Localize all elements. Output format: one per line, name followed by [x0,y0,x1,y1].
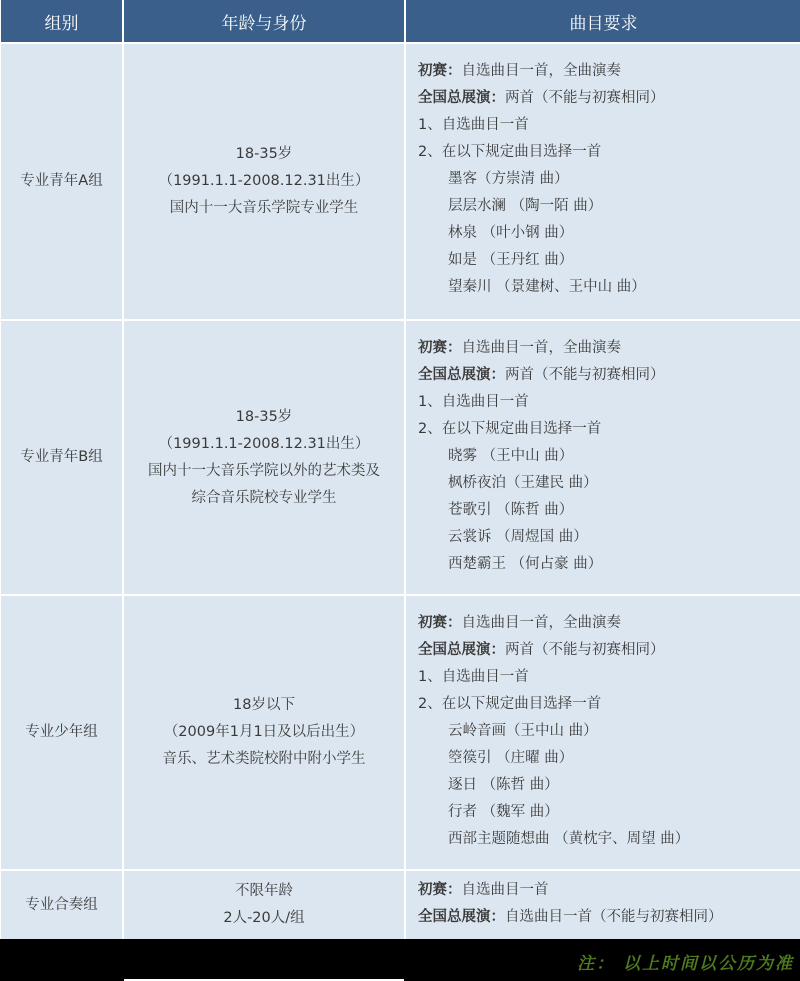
piece: 苍歌引 （陈哲 曲） [418,497,800,524]
age-cell: 18-35岁 （1991.1.1-2008.12.31出生） 国内十一大音乐学院… [124,321,404,594]
header-age-identity: 年龄与身份 [124,0,404,42]
identity: 音乐、艺术类院校附中附小学生 [163,746,366,773]
piece: 晓雾 （王中山 曲） [418,443,800,470]
group-cell: 专业青年A组 [1,44,122,319]
repertoire-cell: 初赛：自选曲目一首 全国总展演：自选曲目一首（不能与初赛相同） [406,871,800,939]
group-name: 专业青年A组 [20,168,102,195]
age-cell: 不限年龄 2人-20人/组 [124,871,404,939]
birth-range: （1991.1.1-2008.12.31出生） [159,431,370,458]
final-line: 全国总展演：自选曲目一首（不能与初赛相同） [418,904,800,931]
prelim-line: 初赛：自选曲目一首，全曲演奏 [418,335,800,362]
piece: 层层水澜 （陶一陌 曲） [418,193,800,220]
prelim-line: 初赛：自选曲目一首 [418,877,800,904]
age-range: 18岁以下 [233,692,295,719]
prelim-line: 初赛：自选曲目一首，全曲演奏 [418,58,800,85]
piece: 枫桥夜泊（王建民 曲） [418,470,800,497]
birth-range: （2009年1月1日及以后出生） [164,719,364,746]
item-1: 1、自选曲目一首 [418,112,800,139]
age-cell: 18-35岁 （1991.1.1-2008.12.31出生） 国内十一大音乐学院… [124,44,404,319]
header-repertoire: 曲目要求 [406,0,800,42]
item-1: 1、自选曲目一首 [418,664,800,691]
group-size: 2人-20人/组 [223,905,304,932]
competition-table: 组别 年龄与身份 曲目要求 专业青年A组 18-35岁 （1991.1.1-20… [1,0,799,939]
repertoire-cell: 初赛：自选曲目一首，全曲演奏 全国总展演：两首（不能与初赛相同） 1、自选曲目一… [406,321,800,594]
piece: 西部主题随想曲 （黄枕宇、周望 曲） [418,826,800,853]
piece: 逐日 （陈哲 曲） [418,772,800,799]
group-name: 专业青年B组 [20,444,102,471]
age-range: 18-35岁 [236,404,293,431]
repertoire-cell: 初赛：自选曲目一首，全曲演奏 全国总展演：两首（不能与初赛相同） 1、自选曲目一… [406,596,800,869]
piece: 望秦川 （景建树、王中山 曲） [418,274,800,301]
footer-note: 注： 以上时间以公历为准 [577,949,794,974]
piece: 云岭音画（王中山 曲） [418,718,800,745]
group-name: 专业少年组 [25,719,98,746]
identity-cont: 综合音乐院校专业学生 [192,485,337,512]
age-range: 不限年龄 [235,878,293,905]
group-name: 专业合奏组 [25,892,98,919]
piece: 箜篌引 （庄曜 曲） [418,745,800,772]
final-line: 全国总展演：两首（不能与初赛相同） [418,637,800,664]
identity: 国内十一大音乐学院专业学生 [170,195,359,222]
piece: 林泉 （叶小钢 曲） [418,220,800,247]
piece: 云裳诉 （周煜国 曲） [418,524,800,551]
header-group: 组别 [1,0,122,42]
piece: 墨客（方崇清 曲） [418,166,800,193]
piece: 如是 （王丹红 曲） [418,247,800,274]
age-range: 18-35岁 [236,141,293,168]
item-2: 2、在以下规定曲目选择一首 [418,139,800,166]
footer-bar: 注： 以上时间以公历为准 [0,939,800,981]
piece: 行者 （魏军 曲） [418,799,800,826]
final-line: 全国总展演：两首（不能与初赛相同） [418,362,800,389]
item-2: 2、在以下规定曲目选择一首 [418,691,800,718]
piece: 西楚霸王 （何占豪 曲） [418,551,800,578]
group-cell: 专业合奏组 [1,871,122,939]
birth-range: （1991.1.1-2008.12.31出生） [159,168,370,195]
prelim-line: 初赛：自选曲目一首，全曲演奏 [418,610,800,637]
group-cell: 专业青年B组 [1,321,122,594]
group-cell: 专业少年组 [1,596,122,869]
repertoire-cell: 初赛：自选曲目一首，全曲演奏 全国总展演：两首（不能与初赛相同） 1、自选曲目一… [406,44,800,319]
item-1: 1、自选曲目一首 [418,389,800,416]
final-line: 全国总展演：两首（不能与初赛相同） [418,85,800,112]
item-2: 2、在以下规定曲目选择一首 [418,416,800,443]
identity: 国内十一大音乐学院以外的艺术类及 [148,458,380,485]
age-cell: 18岁以下 （2009年1月1日及以后出生） 音乐、艺术类院校附中附小学生 [124,596,404,869]
